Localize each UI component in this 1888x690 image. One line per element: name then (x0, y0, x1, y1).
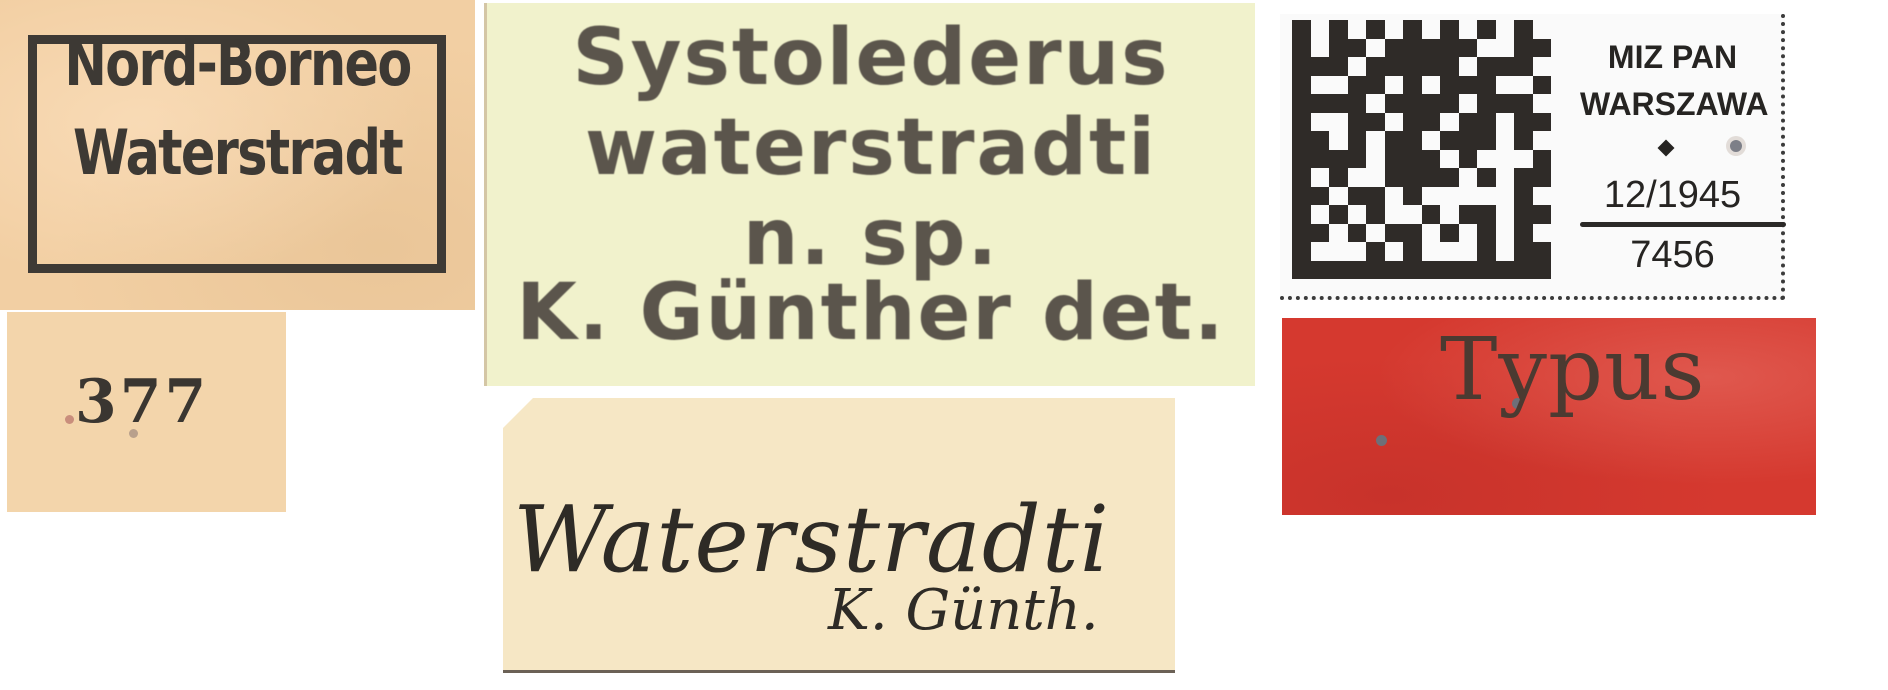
institution-name: MIZ PAN (1580, 39, 1765, 76)
catalog-label: MIZ PAN WARSZAWA 12/1945 7456 (1280, 14, 1785, 300)
pin-hole-icon (1730, 140, 1742, 152)
institution-city: WARSZAWA (1580, 86, 1765, 123)
determination-author: K. Günther det. (487, 268, 1255, 358)
type-status-text: Typus (1440, 320, 1706, 420)
pin-hole-icon (65, 415, 74, 424)
diamond-icon (1658, 140, 1675, 157)
folded-corner (503, 398, 533, 428)
species-name-label: Waterstradti K. Günth. (503, 398, 1175, 673)
locality-line-1: Nord-Borneo (43, 27, 433, 100)
specimen-number: 377 (75, 367, 209, 437)
determination-species: waterstradti (487, 103, 1255, 193)
catalog-date: 12/1945 (1580, 174, 1765, 217)
catalog-number: 7456 (1580, 234, 1765, 277)
species-author: K. Günth. (828, 578, 1099, 643)
specimen-number-label: 377 (7, 312, 286, 512)
pin-hole-icon (1376, 435, 1387, 446)
determination-genus: Systolederus (487, 13, 1255, 103)
datamatrix-icon (1292, 20, 1551, 279)
locality-label: Nord-Borneo Waterstradt (0, 0, 475, 310)
divider (1580, 222, 1786, 227)
locality-line-2: Waterstradt (43, 116, 433, 189)
species-name: Waterstradti (513, 486, 1110, 593)
determination-label: Systolederus waterstradti n. sp. K. Günt… (484, 3, 1255, 386)
type-status-label: Typus (1282, 318, 1816, 515)
